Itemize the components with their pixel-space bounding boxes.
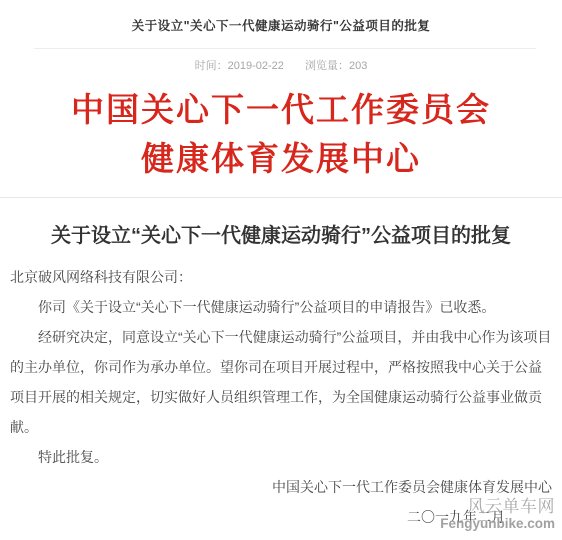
- watermark-cjk-text: 风云单车网: [440, 498, 555, 516]
- horizontal-rule: [0, 197, 562, 198]
- letterhead-line2: 健康体育发展中心: [0, 134, 562, 183]
- document-title: 关于设立“关心下一代健康运动骑行”公益项目的批复: [10, 219, 552, 248]
- watermark: 风云单车网 Fengyunbike.com: [440, 498, 555, 531]
- watermark-site-url: Fengyunbike.com: [440, 516, 555, 531]
- page-title: 关于设立"关心下一代健康运动骑行"公益项目的批复: [0, 0, 562, 34]
- letter-body: 北京破风网络科技有限公司： 你司《关于设立“关心下一代健康运动骑行”公益项目的申…: [0, 262, 562, 532]
- meta-time-value: 2019-02-22: [228, 60, 284, 72]
- meta-time: 时间：2019-02-22: [195, 57, 284, 73]
- meta-views-value: 203: [349, 60, 367, 72]
- article-page: 关于设立"关心下一代健康运动骑行"公益项目的批复 时间：2019-02-22 浏…: [0, 0, 562, 540]
- letterhead-line1: 中国关心下一代工作委员会: [0, 85, 562, 134]
- meta-time-label: 时间：: [195, 60, 228, 72]
- title-divider: [34, 48, 536, 49]
- paragraph-acknowledgement: 你司《关于设立“关心下一代健康运动骑行”公益项目的申请报告》已收悉。: [10, 292, 552, 322]
- meta-views-label: 浏览量：: [305, 60, 349, 72]
- paragraph-closing: 特此批复。: [10, 442, 552, 472]
- paragraph-decision: 经研究决定，同意设立“关心下一代健康运动骑行”公益项目，并由我中心作为该项目的主…: [10, 322, 552, 442]
- meta-views: 浏览量：203: [305, 57, 367, 73]
- letterhead: 中国关心下一代工作委员会 健康体育发展中心: [0, 85, 562, 183]
- article-meta: 时间：2019-02-22 浏览量：203: [0, 57, 562, 73]
- salutation: 北京破风网络科技有限公司：: [10, 262, 552, 292]
